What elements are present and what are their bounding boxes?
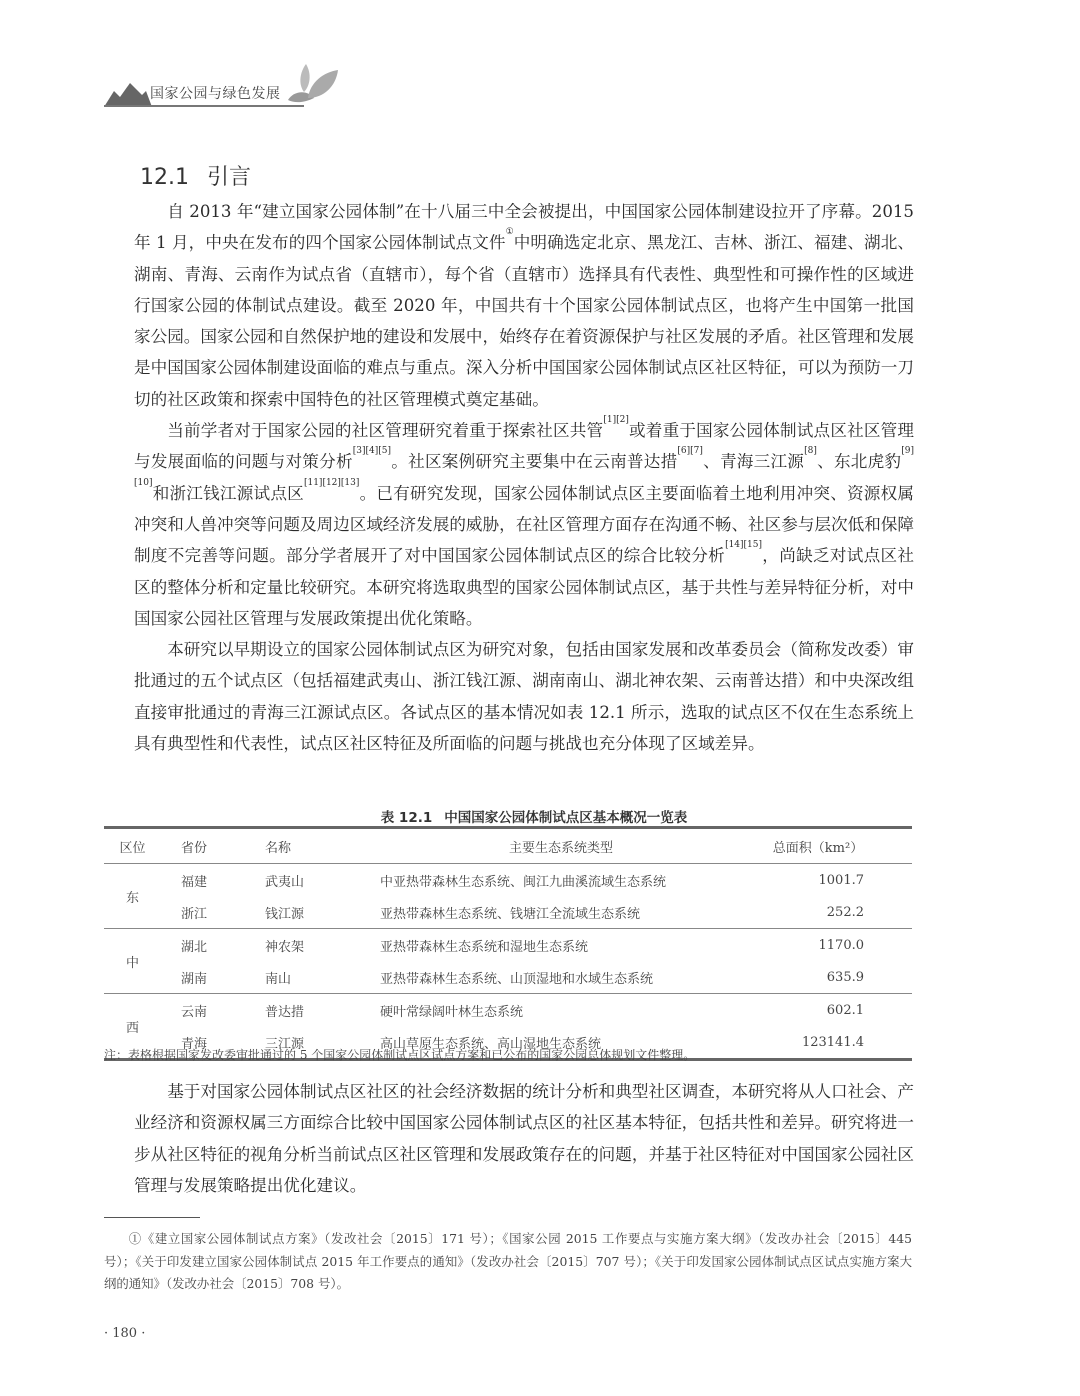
name-cell: 武夷山	[257, 864, 376, 897]
col-header-name: 名称	[257, 828, 376, 864]
ecosystem-cell: 亚热带森林生态系统和湿地生态系统	[376, 929, 743, 962]
table-row: 浙江 钱江源 亚热带森林生态系统、钱塘江全流域生态系统 252.2	[104, 896, 912, 929]
citation[interactable]: [1][2]	[603, 415, 629, 425]
table-row: 中 湖北 神农架 亚热带森林生态系统和湿地生态系统 1170.0	[104, 929, 912, 962]
footnote-rule	[104, 1217, 200, 1218]
area-cell: 1170.0	[743, 929, 912, 962]
region-cell: 中	[104, 929, 161, 994]
name-cell: 钱江源	[257, 896, 376, 929]
ecosystem-cell: 硬叶常绿阔叶林生态系统	[376, 994, 743, 1027]
citation[interactable]: [6][7]	[677, 446, 703, 456]
paragraph-1: 自 2013 年“建立国家公园体制”在十八届三中全会被提出，中国国家公园体制建设…	[134, 196, 914, 415]
running-header-title: 国家公园与绿色发展	[150, 83, 281, 103]
citation[interactable]: [8]	[804, 446, 817, 456]
paragraph-4: 基于对国家公园体制试点区社区的社会经济数据的统计分析和典型社区调查，本研究将从人…	[134, 1076, 914, 1201]
ecosystem-cell: 亚热带森林生态系统、钱塘江全流域生态系统	[376, 896, 743, 929]
area-cell: 252.2	[743, 896, 912, 929]
ecosystem-cell: 亚热带森林生态系统、山顶湿地和水域生态系统	[376, 961, 743, 994]
body-text-top: 自 2013 年“建立国家公园体制”在十八届三中全会被提出，中国国家公园体制建设…	[134, 196, 914, 759]
body-text-bottom: 基于对国家公园体制试点区社区的社会经济数据的统计分析和典型社区调查，本研究将从人…	[134, 1076, 914, 1201]
mountain-icon	[104, 81, 152, 107]
leaf-icon	[280, 62, 340, 106]
province-cell: 浙江	[161, 896, 257, 929]
paragraph-3: 本研究以早期设立的国家公园体制试点区为研究对象，包括由国家发展和改革委员会（简称…	[134, 634, 914, 759]
footnote-text: ①《建立国家公园体制试点方案》（发改社会〔2015〕171 号）；《国家公园 2…	[104, 1228, 912, 1296]
name-cell: 神农架	[257, 929, 376, 962]
citation[interactable]: [11][12][13]	[304, 478, 359, 488]
name-cell: 南山	[257, 961, 376, 994]
province-cell: 湖南	[161, 961, 257, 994]
table-title: 中国国家公园体制试点区基本概况一览表	[444, 810, 687, 826]
name-cell: 普达措	[257, 994, 376, 1027]
table-note: 注：表格根据国家发改委审批通过的 5 个国家公园体制试点区试点方案和已公布的国家…	[104, 1046, 695, 1063]
area-cell: 602.1	[743, 994, 912, 1027]
table-number: 表 12.1	[381, 810, 433, 826]
area-cell: 635.9	[743, 961, 912, 994]
citation[interactable]: [14][15]	[725, 540, 762, 550]
ecosystem-cell: 中亚热带森林生态系统、闽江九曲溪流域生态系统	[376, 864, 743, 897]
section-heading: 12.1引言	[140, 160, 269, 191]
table-row: 东 福建 武夷山 中亚热带森林生态系统、闽江九曲溪流域生态系统 1001.7	[104, 864, 912, 897]
footnote: ①《建立国家公园体制试点方案》（发改社会〔2015〕171 号）；《国家公园 2…	[104, 1228, 912, 1296]
section-number: 12.1	[140, 165, 189, 190]
header-rule	[104, 105, 304, 107]
col-header-province: 省份	[161, 828, 257, 864]
area-cell: 1001.7	[743, 864, 912, 897]
col-header-region: 区位	[104, 828, 161, 864]
province-cell: 湖北	[161, 929, 257, 962]
province-cell: 福建	[161, 864, 257, 897]
table-caption: 表 12.1中国国家公园体制试点区基本概况一览表	[0, 806, 1080, 826]
section-title: 引言	[207, 165, 251, 190]
col-header-area: 总面积（km²）	[743, 828, 912, 864]
paragraph-2: 当前学者对于国家公园的社区管理研究着重于探索社区共管[1][2]或着重于国家公园…	[134, 415, 914, 634]
region-cell: 东	[104, 864, 161, 929]
col-header-ecosystem: 主要生态系统类型	[376, 828, 743, 864]
table-row: 湖南 南山 亚热带森林生态系统、山顶湿地和水域生态系统 635.9	[104, 961, 912, 994]
table-row: 西 云南 普达措 硬叶常绿阔叶林生态系统 602.1	[104, 994, 912, 1027]
table-header-row: 区位 省份 名称 主要生态系统类型 总面积（km²）	[104, 828, 912, 864]
province-cell: 云南	[161, 994, 257, 1027]
citation[interactable]: [3][4][5]	[353, 446, 391, 456]
running-header: 国家公园与绿色发展	[100, 60, 340, 110]
pilot-areas-table: 区位 省份 名称 主要生态系统类型 总面积（km²） 东 福建 武夷山 中亚热带…	[104, 826, 912, 1061]
area-cell: 123141.4	[743, 1026, 912, 1060]
page-number: · 180 ·	[104, 1326, 145, 1341]
footnote-marker[interactable]: ①	[506, 227, 514, 237]
